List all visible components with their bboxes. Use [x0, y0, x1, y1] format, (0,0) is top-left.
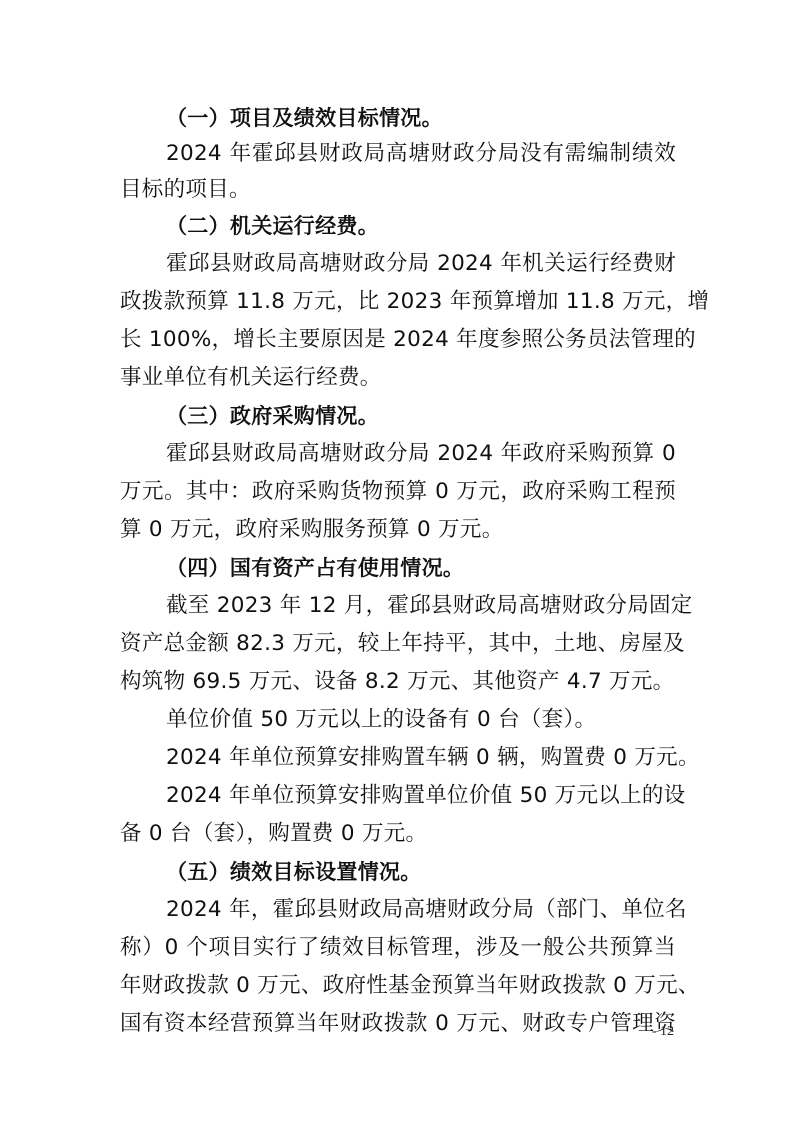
- paragraph-line: 年财政拨款 0 万元、政府性基金预算当年财政拨款 0 万元、: [120, 968, 676, 1004]
- page-number: - 12: [652, 1024, 674, 1040]
- paragraph-line: 构筑物 69.5 万元、设备 8.2 万元、其他资产 4.7 万元。: [120, 664, 674, 700]
- paragraph-line: 万元。其中：政府采购货物预算 0 万元，政府采购工程预: [120, 474, 676, 510]
- paragraph-line: 2024 年单位预算安排购置车辆 0 辆，购置费 0 万元。: [166, 740, 700, 776]
- paragraph-line: 目标的项目。: [120, 172, 251, 208]
- section-heading-1: （一）项目及绩效目标情况。: [166, 100, 443, 136]
- paragraph-line: 2024 年单位预算安排购置单位价值 50 万元以上的设: [166, 778, 676, 814]
- paragraph-line: 资产总金额 82.3 万元，较上年持平，其中，土地、房屋及: [120, 626, 676, 662]
- paragraph-line: 单位价值 50 万元以上的设备有 0 台（套）。: [166, 702, 596, 738]
- paragraph-line: 长 100%，增长主要原因是 2024 年度参照公务员法管理的: [120, 322, 676, 358]
- section-heading-2: （二）机关运行经费。: [166, 208, 379, 244]
- paragraph-line: 国有资本经营预算当年财政拨款 0 万元、财政专户管理资: [120, 1006, 676, 1042]
- paragraph-line: 政拨款预算 11.8 万元，比 2023 年预算增加 11.8 万元，增: [120, 284, 676, 320]
- paragraph-line: 2024 年，霍邱县财政局高塘财政分局（部门、单位名: [166, 892, 676, 928]
- paragraph-line: 备 0 台（套），购置费 0 万元。: [120, 816, 427, 852]
- paragraph-line: 霍邱县财政局高塘财政分局 2024 年政府采购预算 0: [166, 436, 676, 472]
- paragraph-line: 霍邱县财政局高塘财政分局 2024 年机关运行经费财: [166, 246, 676, 282]
- paragraph-line: 截至 2023 年 12 月，霍邱县财政局高塘财政分局固定: [166, 588, 676, 624]
- paragraph-line: 2024 年霍邱县财政局高塘财政分局没有需编制绩效: [166, 136, 676, 172]
- paragraph-line: 事业单位有机关运行经费。: [120, 360, 382, 396]
- paragraph-line: 算 0 万元，政府采购服务预算 0 万元。: [120, 512, 504, 548]
- section-heading-3: （三）政府采购情况。: [166, 398, 379, 434]
- section-heading-5: （五）绩效目标设置情况。: [166, 854, 422, 890]
- paragraph-line: 称）0 个项目实行了绩效目标管理，涉及一般公共预算当: [120, 930, 676, 966]
- section-heading-4: （四）国有资产占有使用情况。: [166, 550, 464, 586]
